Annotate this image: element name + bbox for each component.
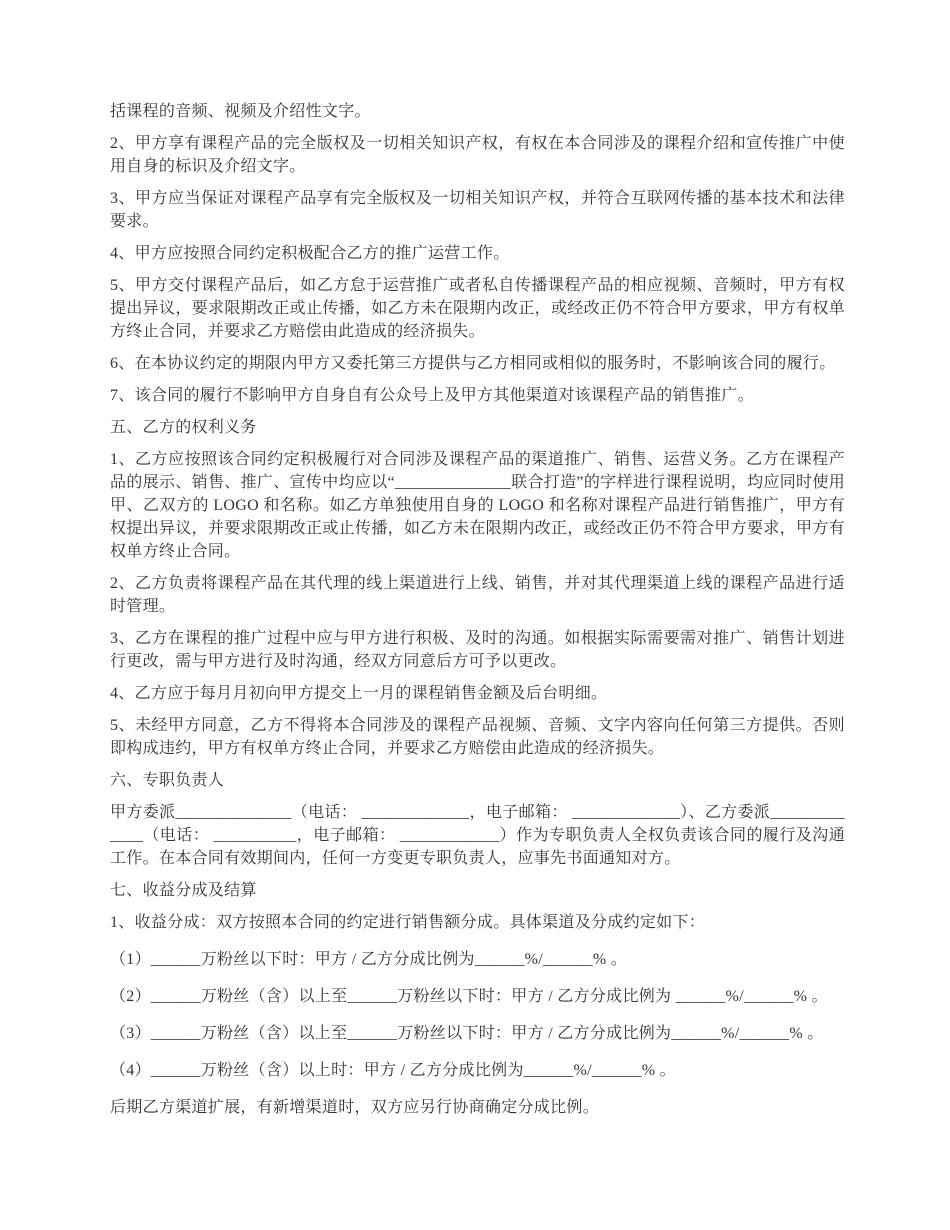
clause-party-b-2: 2、乙方负责将课程产品在其代理的线上渠道进行上线、销售，并对其代理渠道上线的课程… bbox=[110, 572, 845, 618]
clause-new-channel-note: 后期乙方渠道扩展，有新增渠道时，双方应另行协商确定分成比例。 bbox=[110, 1096, 845, 1119]
clause-party-a-6: 6、在本协议约定的期限内甲方又委托第三方提供与乙方相同或相似的服务时，不影响该合… bbox=[110, 352, 845, 375]
clause-party-b-5: 5、未经甲方同意，乙方不得将本合同涉及的课程产品视频、音频、文字内容向任何第三方… bbox=[110, 714, 845, 760]
clause-party-a-7: 7、该合同的履行不影响甲方自身自有公众号上及甲方其他渠道对该课程产品的销售推广。 bbox=[110, 384, 845, 407]
section-heading-7-revenue-sharing: 七、收益分成及结算 bbox=[110, 879, 845, 902]
contract-document-page: 括课程的音频、视频及介绍性文字。 2、甲方享有课程产品的完全版权及一切相关知识产… bbox=[0, 0, 950, 1230]
clause-party-a-5: 5、甲方交付课程产品后，如乙方怠于运营推广或者私自传播课程产品的相应视频、音频时… bbox=[110, 274, 845, 343]
clause-dedicated-personnel: 甲方委派______________（电话： _____________，电子邮… bbox=[110, 801, 845, 870]
section-heading-6-dedicated-personnel: 六、专职负责人 bbox=[110, 769, 845, 792]
clause-party-b-3: 3、乙方在课程的推广过程中应与甲方进行积极、及时的沟通。如根据实际需要需对推广、… bbox=[110, 627, 845, 673]
paragraph-continued-from-previous-page: 括课程的音频、视频及介绍性文字。 bbox=[110, 100, 845, 123]
clause-party-a-3: 3、甲方应当保证对课程产品享有完全版权及一切相关知识产权，并符合互联网传播的基本… bbox=[110, 187, 845, 233]
clause-party-a-4: 4、甲方应按照合同约定积极配合乙方的推广运营工作。 bbox=[110, 242, 845, 265]
clause-revenue-sharing-1: 1、收益分成：双方按照本合同的约定进行销售额分成。具体渠道及分成约定如下： bbox=[110, 911, 845, 934]
revenue-tier-item-3: （3）______万粉丝（含）以上至______万粉丝以下时：甲方 / 乙方分成… bbox=[110, 1022, 845, 1045]
clause-party-b-4: 4、乙方应于每月月初向甲方提交上一月的课程销售金额及后台明细。 bbox=[110, 682, 845, 705]
clause-party-a-2: 2、甲方享有课程产品的完全版权及一切相关知识产权，有权在本合同涉及的课程介绍和宣… bbox=[110, 132, 845, 178]
revenue-tier-item-2: （2）______万粉丝（含）以上至______万粉丝以下时：甲方 / 乙方分成… bbox=[110, 985, 845, 1008]
revenue-tier-item-4: （4）______万粉丝（含）以上时：甲方 / 乙方分成比例为______%/_… bbox=[110, 1059, 845, 1082]
section-heading-5-party-b-rights: 五、乙方的权利义务 bbox=[110, 416, 845, 439]
clause-party-b-1: 1、乙方应按照该合同约定积极履行对合同涉及课程产品的渠道推广、销售、运营义务。乙… bbox=[110, 448, 845, 563]
revenue-tier-item-1: （1）______万粉丝以下时：甲方 / 乙方分成比例为______%/____… bbox=[110, 948, 845, 971]
